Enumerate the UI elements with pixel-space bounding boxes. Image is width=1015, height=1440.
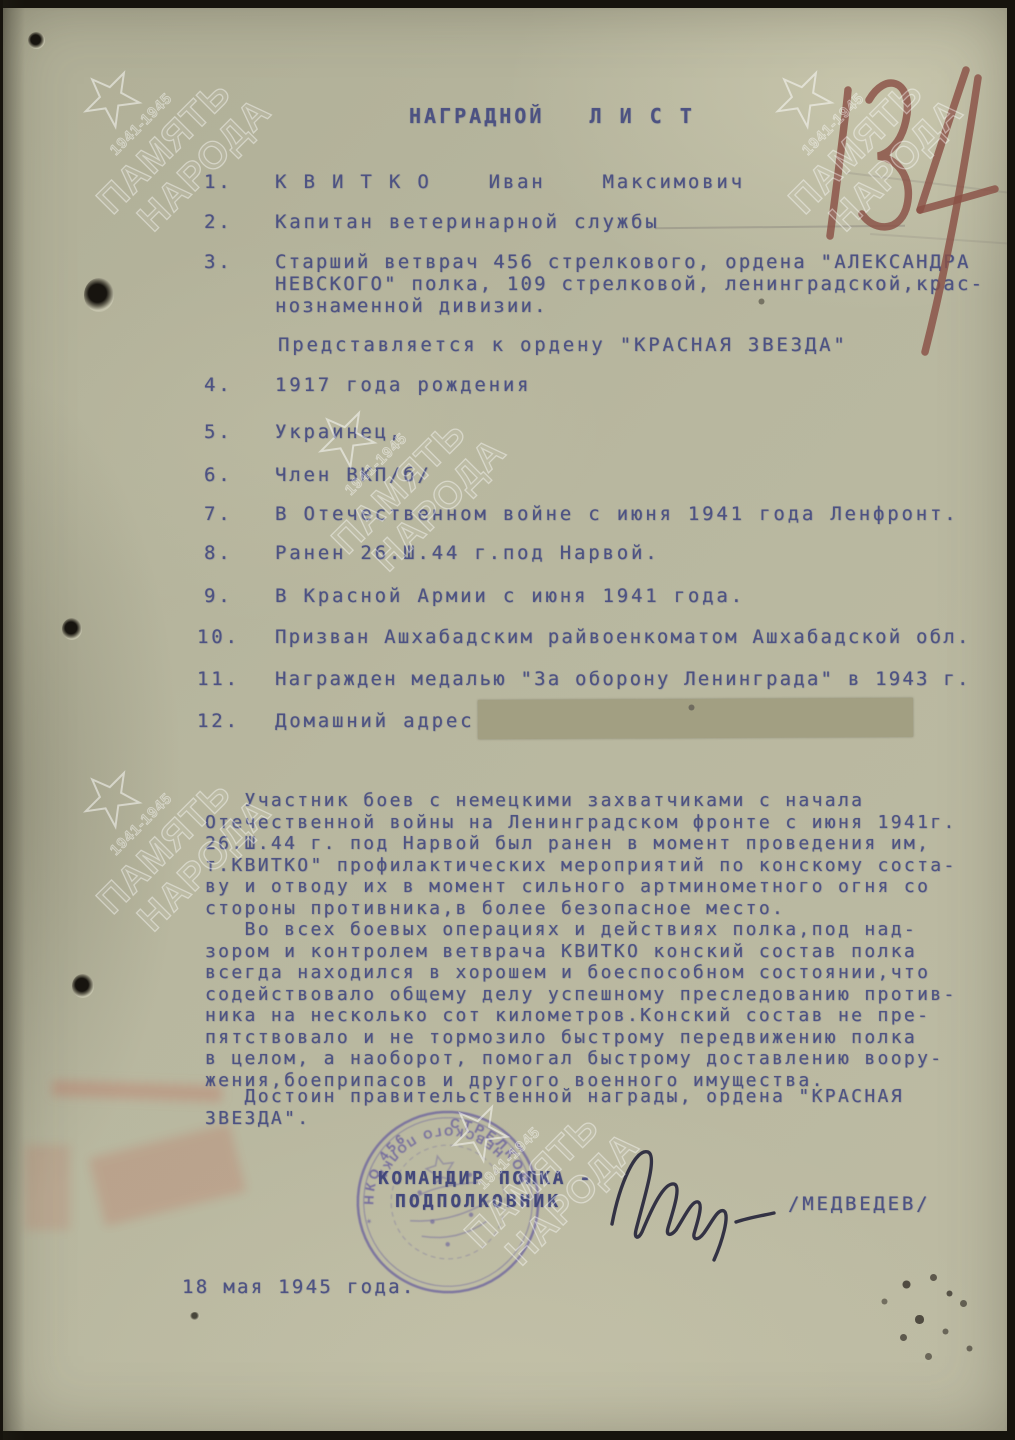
redaction-box	[478, 698, 913, 739]
item-number: 2.	[204, 211, 232, 233]
item-number: 10.	[197, 626, 240, 648]
signature-ink	[598, 1138, 813, 1263]
signer-position-line2: ПОДПОЛКОВНИК	[395, 1191, 561, 1212]
signer-position-line1: КОМАНДИР ПОЛКА -	[378, 1168, 593, 1189]
item-text-army-service: В Красной Армии с июня 1941 года.	[275, 585, 745, 607]
page-number-handwritten	[815, 50, 1015, 360]
item-number: 12.	[197, 710, 240, 732]
item-number: 11.	[197, 668, 240, 690]
item-number: 1.	[204, 171, 232, 193]
item-text-birthyear: 1917 года рождения	[275, 374, 531, 396]
document-page: НАГРАДНОЙ Л И С Т 1. К В И Т К О Иван Ма…	[0, 0, 1015, 1440]
presentation-line: Представляется к ордену "КРАСНАЯ ЗВЕЗДА"	[278, 334, 848, 356]
paper-hole	[28, 32, 45, 49]
item-text-rank: Капитан ветеринарной службы	[275, 211, 659, 233]
scan-edge-right	[1007, 0, 1015, 1440]
item-text-war-service: В Отечественном войне с июня 1941 года Л…	[275, 503, 958, 525]
item-number: 6.	[204, 464, 232, 486]
item-text-prior-awards: Награжден медалью "За оборону Ленинграда…	[275, 668, 971, 690]
scan-edge-shadow-left	[3, 0, 25, 1440]
item-number: 4.	[204, 374, 232, 396]
scan-edge-top	[0, 0, 1015, 8]
item-number: 5.	[204, 421, 232, 443]
scan-edge-bottom	[0, 1431, 1015, 1440]
item-text-nationality: Украинец,	[275, 421, 403, 443]
citation-paragraph-1: Участник боев с немецкими захватчиками с…	[205, 790, 957, 919]
citation-paragraph-3: Достоин правительственной награды, орден…	[205, 1086, 904, 1129]
item-text-name: К В И Т К О Иван Максимович	[275, 171, 745, 193]
item-number: 9.	[204, 585, 232, 607]
item-text-party: Член ВКП/б/	[275, 464, 432, 486]
item-number: 3.	[204, 251, 232, 273]
document-title: НАГРАДНОЙ Л И С Т	[409, 104, 695, 128]
punch-hole	[84, 278, 114, 312]
paper-hole	[190, 1312, 200, 1320]
item-number: 8.	[204, 542, 232, 564]
item-number: 7.	[204, 503, 232, 525]
item-text-drafted-by: Призван Ашхабадским райвоенкоматом Ашхаб…	[275, 626, 971, 648]
item-text-wounds: Ранен 26.Ш.44 г.под Нарвой.	[275, 542, 659, 564]
punch-hole	[72, 974, 94, 998]
svg-text:✶: ✶	[365, 1216, 373, 1228]
punch-hole	[62, 618, 82, 640]
item-text-home-address: Домашний адрес:	[275, 710, 489, 732]
citation-paragraph-2: Во всех боевых операциях и действиях пол…	[205, 919, 957, 1091]
